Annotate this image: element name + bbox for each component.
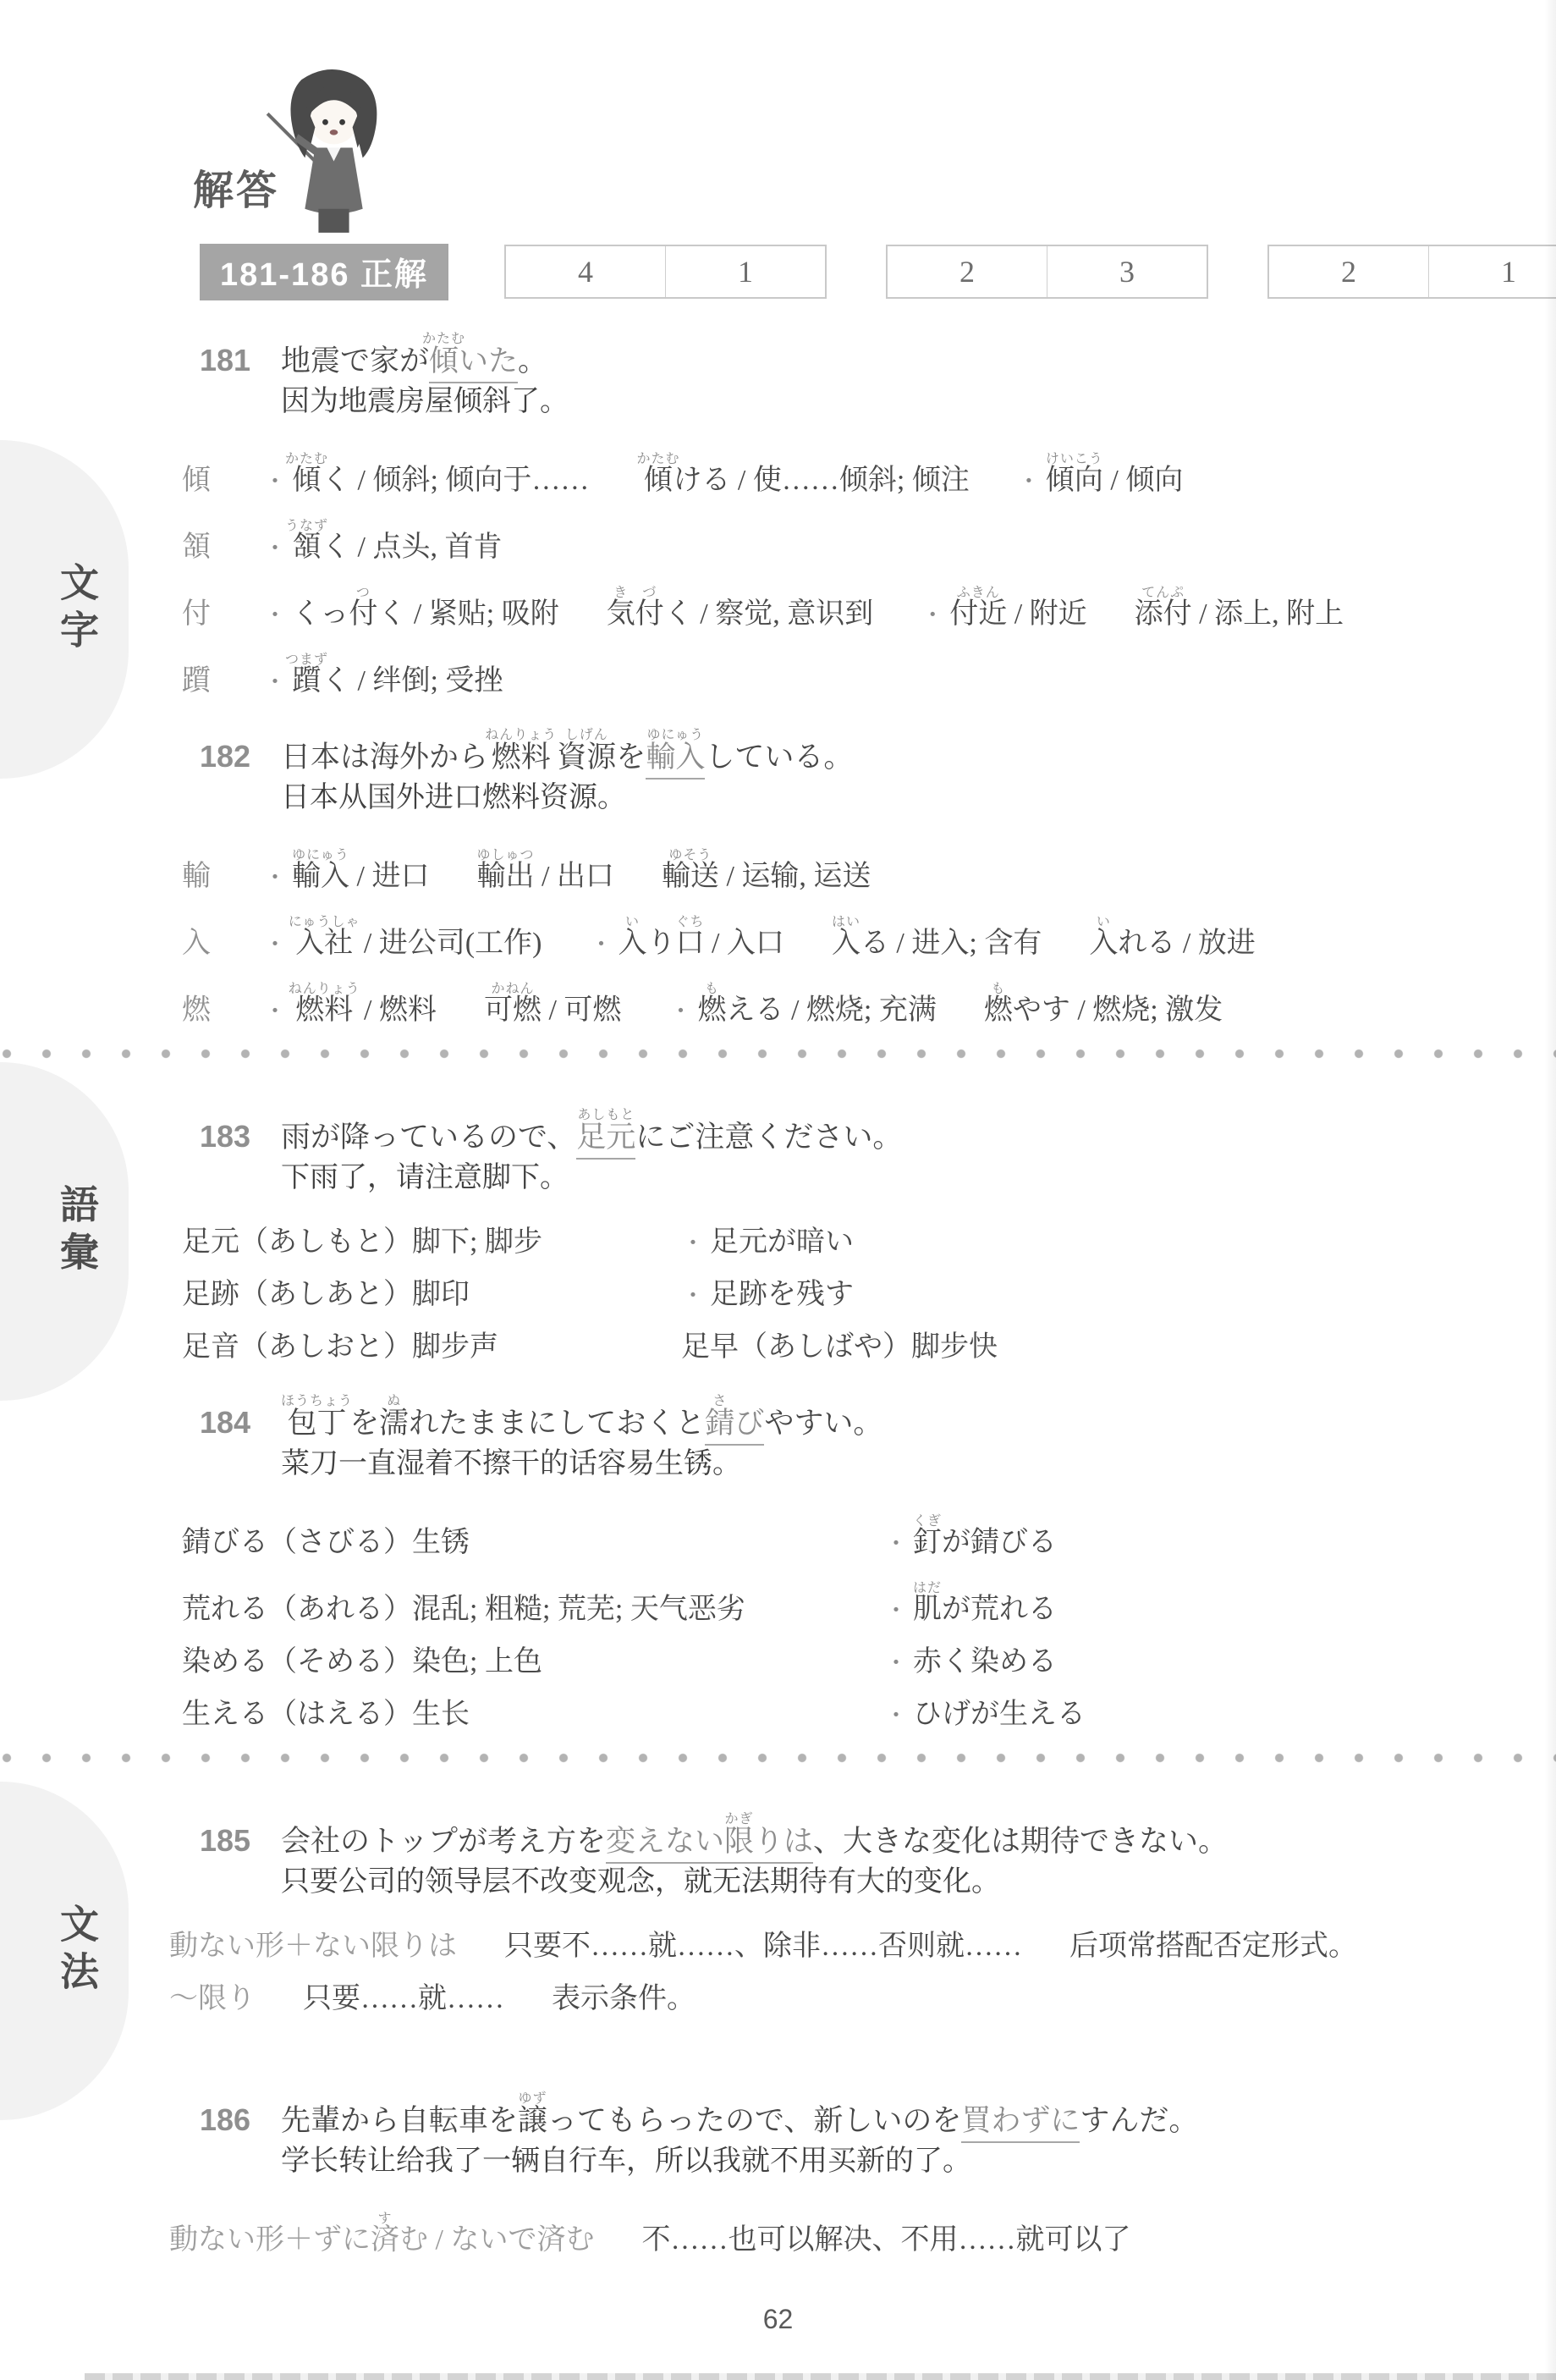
text-run: む / ないで済む [399,2224,594,2256]
text-run: / 出口 [534,861,613,892]
vocab-item: 后项常搭配否定形式。 [1069,1932,1357,1961]
vocab-items: 足音（あしおと）脚步声足早（あしばや）脚步快 [182,1333,1496,1362]
question-186: 186先輩から自転車を譲ゆずってもらったので、新しいのを買わずにすんだ。学长转让… [169,2069,1496,2255]
ruby-text: 肌はだ [913,1594,942,1625]
text-run: 動ない形＋ずに [169,2224,371,2256]
text-run: 后项常搭配否定形式。 [1069,1931,1357,1962]
vocab-row: 足音（あしおと）脚步声足早（あしばや）脚步快 [169,1314,1496,1362]
vocab-items: ・くっ付つく / 紧贴; 吸附気き付づく / 察觉, 意识到・付近ふきん / 附… [263,586,1496,629]
text-run: く / 倾斜; 倾向于…… [322,465,589,496]
bullet-icon: ・ [263,536,287,562]
vocab-items: 染める（そめる）染色; 上色・赤く染める [182,1648,1496,1677]
text-run: ってもらったので、新しいのを [547,2104,961,2137]
ruby-text: 錆さ [705,1407,734,1440]
answer-bar: 181-186 正解 412321 [200,244,1556,300]
kanji-head: 頷 [182,533,263,562]
vocab-item: ・輸入ゆにゅう / 进口 [263,848,429,891]
text-run: 赤く染める [913,1646,1057,1678]
vocab-row: 動ない形＋ない限りは只要不……就……、除非……否则就……后项常搭配否定形式。 [169,1914,1496,1961]
vocab-item: 足音（あしおと）脚步声 [182,1333,681,1362]
bullet-icon: ・ [884,1531,908,1557]
vocab-item: 入いれる / 放进 [1089,915,1255,958]
vocab-item: ・入いり口ぐち / 入口 [589,915,783,958]
vocab-row: 染める（そめる）染色; 上色・赤く染める [169,1629,1496,1677]
answer-group: 23 [886,245,1208,299]
text-run: 。 [518,344,547,377]
vocab-row: 傾・傾かたむく / 倾斜; 倾向于……傾かたむける / 使……倾斜; 倾注・傾向… [169,433,1496,495]
text-run: にご注意ください。 [635,1121,902,1154]
text-run: 足元（あしもと）脚下; 脚步 [182,1226,542,1258]
vocab-items: 足元（あしもと）脚下; 脚步・足元が暗い [182,1228,1496,1257]
ruby-text: 可燃かねん [484,994,542,1026]
page-bottom-edge [85,2373,1556,2380]
textbook-answer-page: 文字 語彙 文法 解答 181-186 正解 412321 181地震で家が傾か [0,0,1556,2380]
ruby-text: 済す [371,2224,399,2256]
text-run: ける / 使……倾斜; 倾注 [673,465,969,496]
vocab-item: ・燃もえる / 燃烧; 充满 [668,982,936,1025]
dotted-divider [0,1751,1556,1765]
vocab-items: ～限り只要……就……表示条件。 [169,1985,1496,2014]
bullet-icon: ・ [263,865,287,891]
text-run: 足跡（あしあと）脚印 [182,1279,470,1310]
text-run: ひげが生える [913,1699,1086,1730]
underlined-answer-word: 輸入ゆにゅう [646,741,705,780]
ruby-text: 躓つまず [292,665,322,697]
text-run: 足早（あしばや）脚步快 [681,1331,998,1363]
ruby-text: 添付てんぷ [1135,598,1192,630]
text-run: く / 点头, 首肯 [322,532,502,563]
ruby-text: 付近ふきん [949,598,1007,630]
text-run: る / 进入; 含有 [860,928,1042,959]
text-run: く / 绊倒; 受挫 [322,665,503,697]
vocab-items: 足跡（あしあと）脚印・足跡を残す [182,1281,1496,1309]
text-run: やすい。 [764,1407,882,1440]
vocab-items: 錆びる（さびる）生锈・釘くぎが錆びる [182,1514,1496,1557]
question-182: 182日本は海外から燃料ねんりょう資源しげんを輸入ゆにゅうしている。日本从国外进… [169,706,1496,1025]
ruby-text: 傾かたむ [292,465,322,496]
text-run: れる / 放进 [1118,928,1255,959]
question-number: 184 [200,1408,281,1438]
vocab-item: ～限り [169,1985,256,2014]
ruby-text: 輸送ゆそう [662,861,719,892]
ruby-text: 頷うなず [292,532,322,563]
question-sentence-line: 185会社のトップが考え方を変えない限かぎりは、大きな変化は期待できない。 [169,1790,1496,1856]
vocab-item: 燃もやす / 燃烧; 激发 [984,982,1223,1025]
sidebar-tab-label: 語彙 [49,1184,105,1279]
text-run: ～限り [169,1983,256,2014]
ruby-text: 入い [618,928,646,959]
kanji-head: 輸 [182,862,263,891]
ruby-text: 輸入ゆにゅう [292,861,349,892]
answer-cell: 4 [506,246,665,297]
question-sentence-line: 186先輩から自転車を譲ゆずってもらったので、新しいのを買わずにすんだ。 [169,2069,1496,2135]
text-run: すんだ。 [1080,2104,1198,2137]
vocab-row: 入・入社にゅうしゃ / 进公司(工作)・入いり口ぐち / 入口入はいる / 进入… [169,896,1496,958]
vocab-item: ・足跡を残す [681,1281,854,1309]
translation-cn: 因为地震房屋倾斜了。 [281,388,1496,416]
kanji-head: 傾 [182,466,263,495]
bullet-icon: ・ [263,669,287,696]
bullet-icon: ・ [884,1703,908,1729]
vocab-item: 入はいる / 进入; 含有 [832,915,1042,958]
text-run: れたままにしておくと [409,1407,705,1440]
ruby-text: 燃料ねんりょう [488,741,557,774]
question-sentence-line: 184包丁ほうちょうを濡ぬれたままにしておくと錆さびやすい。 [169,1372,1496,1438]
text-run: / 可燃 [542,994,621,1026]
vocab-row: 燃・燃料ねんりょう / 燃料可燃かねん / 可燃・燃もえる / 燃烧; 充满燃も… [169,963,1496,1025]
underlined-answer-word: 傾かたむいた [429,344,518,383]
text-run: / 附近 [1007,598,1086,630]
text-run: 雨が降っているので、 [281,1121,576,1154]
ruby-text: 包丁ほうちょう [281,1407,349,1440]
page-number: 62 [0,2304,1556,2335]
teacher-girl-icon [254,63,410,253]
answer-range-badge: 181-186 正解 [200,244,448,300]
text-run: を [349,1407,379,1440]
underlined-answer-word: 買わずに [961,2104,1080,2143]
question-sentence: 雨が降っているので、足元あしもとにご注意ください。 [281,1108,902,1152]
question-sentence-line: 183雨が降っているので、足元あしもとにご注意ください。 [169,1086,1496,1152]
vocab-row: 生える（はえる）生长・ひげが生える [169,1682,1496,1729]
vocab-item: ・傾かたむく / 倾斜; 倾向于…… [263,452,589,495]
vocab-item: ・燃料ねんりょう / 燃料 [263,982,437,1025]
vocab-item: 気き付づく / 察觉, 意识到 [607,586,873,629]
ruby-text: 輸出ゆしゅつ [476,861,534,892]
bullet-icon: ・ [668,999,692,1025]
text-run: 染める（そめる）染色; 上色 [182,1646,542,1678]
ruby-text: 付づ [635,598,664,630]
vocab-item: ・釘くぎが錆びる [884,1514,1057,1557]
translation-cn: 菜刀一直湿着不擦干的话容易生锈。 [281,1450,1496,1479]
ruby-text: 足元あしもと [576,1121,635,1154]
vocab-item: 只要不……就……、除非……否则就…… [504,1932,1022,1961]
page-right-edge [1544,0,1556,2380]
question-sentence: 先輩から自転車を譲ゆずってもらったので、新しいのを買わずにすんだ。 [281,2091,1198,2135]
text-run: りは [754,1825,813,1858]
text-run: / 添上, 附上 [1192,598,1344,630]
text-run: 足音（あしおと）脚步声 [182,1331,498,1363]
vocab-item: 足跡（あしあと）脚印 [182,1281,681,1309]
teacher-illustration [254,63,410,257]
vocab-item: 輸送ゆそう / 运输, 运送 [662,848,871,891]
vocab-item: ・ひげが生える [884,1700,1086,1729]
vocab-item: 不……也可以解决、不用……就可以了 [641,2226,1130,2255]
bullet-icon: ・ [263,603,287,629]
text-run: 変えない [606,1825,724,1858]
answer-cell: 1 [1428,246,1556,297]
question-185: 185会社のトップが考え方を変えない限かぎりは、大きな変化は期待できない。只要公… [169,1790,1496,2014]
vocab-items: 生える（はえる）生长・ひげが生える [182,1700,1496,1729]
vocab-item: 足元（あしもと）脚下; 脚步 [182,1228,681,1257]
sidebar-tab-vocabulary: 語彙 [0,1062,129,1401]
text-run: 表示条件。 [552,1983,696,2014]
text-run: 足跡を残す [710,1279,854,1310]
vocab-item: 動ない形＋ない限りは [169,1932,457,1961]
answer-groups: 412321 [504,245,1556,299]
text-run: 先輩から自転車を [281,2104,518,2137]
sidebar-tab-characters: 文字 [0,440,129,779]
answer-cell: 1 [665,246,825,297]
vocab-item: 可燃かねん / 可燃 [484,982,621,1025]
vocab-item: ・くっ付つく / 紧贴; 吸附 [263,586,559,629]
answer-cell: 2 [1269,246,1428,297]
ruby-text: 入い [1089,928,1118,959]
ruby-text: 入はい [832,928,860,959]
vocab-item: 傾かたむける / 使……倾斜; 倾注 [636,452,969,495]
ruby-text: 燃も [984,994,1013,1026]
text-run: 日本は海外から [281,741,488,774]
question-number: 186 [200,2105,281,2135]
vocab-item: ・肌はだが荒れる [884,1581,1057,1624]
answer-group: 41 [504,245,827,299]
vocab-row: 足元（あしもと）脚下; 脚步・足元が暗い [169,1209,1496,1257]
vocab-item: ・入社にゅうしゃ / 进公司(工作) [263,915,542,958]
vocab-item: 染める（そめる）染色; 上色 [182,1648,884,1677]
question-number: 181 [200,345,281,376]
text-run: / 进公司(工作) [356,928,542,959]
question-181: 181地震で家が傾かたむいた。因为地震房屋倾斜了。傾・傾かたむく / 倾斜; 倾… [169,310,1496,696]
question-sentence: 日本は海外から燃料ねんりょう資源しげんを輸入ゆにゅうしている。 [281,728,853,772]
text-run: 地震で家が [281,344,429,377]
vocab-items: ・頷うなずく / 点头, 首肯 [263,519,1496,562]
answer-cell: 2 [888,246,1047,297]
question-number: 185 [200,1826,281,1856]
bullet-icon: ・ [263,999,287,1025]
kanji-head: 躓 [182,667,263,696]
text-run: える / 燃烧; 充满 [726,994,936,1026]
ruby-text: 輸入ゆにゅう [646,741,705,774]
text-run: / 倾向 [1103,465,1183,496]
question-sentence: 地震で家が傾かたむいた。 [281,332,547,376]
vocab-item: ・足元が暗い [681,1228,854,1257]
ruby-text: 傾かたむ [429,344,459,377]
question-sentence: 会社のトップが考え方を変えない限かぎりは、大きな変化は期待できない。 [281,1812,1228,1856]
kanji-head: 入 [182,929,263,958]
question-number: 183 [200,1121,281,1152]
dotted-divider [0,1047,1556,1061]
bullet-icon: ・ [921,603,944,629]
text-run: いた [459,344,518,377]
bullet-icon: ・ [681,1231,705,1257]
vocab-items: ・燃料ねんりょう / 燃料可燃かねん / 可燃・燃もえる / 燃烧; 充满燃もや… [263,982,1496,1025]
ruby-text: 付つ [349,598,377,630]
ruby-text: 釘くぎ [913,1527,942,1558]
question-184: 184包丁ほうちょうを濡ぬれたままにしておくと錆さびやすい。菜刀一直湿着不擦干的… [169,1372,1496,1729]
vocab-items: 荒れる（あれる）混乱; 粗糙; 荒芜; 天气恶劣・肌はだが荒れる [182,1581,1496,1624]
text-run: が荒れる [942,1594,1057,1625]
ruby-text: 限かぎ [724,1825,754,1858]
question-sentence-line: 181地震で家が傾かたむいた。 [169,310,1496,376]
question-sentence: 包丁ほうちょうを濡ぬれたままにしておくと錆さびやすい。 [281,1394,882,1438]
answer-group: 21 [1267,245,1556,299]
text-run: / 进口 [349,861,429,892]
sidebar-tab-label: 文法 [49,1903,105,1998]
vocab-item: 輸出ゆしゅつ / 出口 [476,848,613,891]
ruby-text: 傾向けいこう [1046,465,1103,496]
translation-cn: 只要公司的领导层不改变观念，就无法期待有大的变化。 [281,1868,1496,1897]
text-run: 錆びる（さびる）生锈 [182,1527,470,1558]
text-run: り [646,928,675,959]
answer-explanations: 181地震で家が傾かたむいた。因为地震房屋倾斜了。傾・傾かたむく / 倾斜; 倾… [169,310,1496,2265]
vocab-row: 付・くっ付つく / 紧贴; 吸附気き付づく / 察觉, 意识到・付近ふきん / … [169,567,1496,629]
vocab-item: ・赤く染める [884,1648,1057,1677]
text-run: く / 察觉, 意识到 [664,598,873,630]
vocab-items: ・輸入ゆにゅう / 进口輸出ゆしゅつ / 出口輸送ゆそう / 运输, 运送 [263,848,1496,891]
text-run: 不……也可以解决、不用……就可以了 [641,2224,1130,2256]
text-run: やす / 燃烧; 激发 [1013,994,1223,1026]
vocab-row: 動ない形＋ずに済すむ / ないで済む不……也可以解决、不用……就可以了 [169,2193,1496,2255]
vocab-row: 足跡（あしあと）脚印・足跡を残す [169,1262,1496,1309]
text-run: 、大きな変化は期待できない。 [813,1825,1228,1858]
vocab-item: 生える（はえる）生长 [182,1700,884,1729]
vocab-items: ・傾かたむく / 倾斜; 倾向于……傾かたむける / 使……倾斜; 倾注・傾向け… [263,452,1496,495]
translation-cn: 日本从国外进口燃料资源。 [281,784,1496,813]
ruby-text: 濡ぬ [379,1407,409,1440]
vocab-row: 錆びる（さびる）生锈・釘くぎが錆びる [169,1496,1496,1557]
bullet-icon: ・ [263,932,287,958]
bullet-icon: ・ [1017,469,1041,495]
vocab-item: 表示条件。 [552,1985,696,2014]
vocab-item: ・頷うなずく / 点头, 首肯 [263,519,502,562]
text-run: を [616,741,646,774]
kanji-head: 燃 [182,996,263,1025]
vocab-item: ・傾向けいこう / 倾向 [1017,452,1183,495]
bullet-icon: ・ [681,1283,705,1309]
text-run: している。 [705,741,853,774]
vocab-row: ～限り只要……就……表示条件。 [169,1966,1496,2014]
vocab-items: ・躓つまずく / 绊倒; 受挫 [263,653,1496,696]
vocab-item: 動ない形＋ずに済すむ / ないで済む [169,2212,594,2255]
ruby-text: 譲ゆず [518,2104,547,2137]
vocab-items: 動ない形＋ない限りは只要不……就……、除非……否则就……后项常搭配否定形式。 [169,1932,1496,1961]
text-run: が錆びる [942,1527,1057,1558]
translation-cn: 学长转让给我了一辆自行车，所以我就不用买新的了。 [281,2147,1496,2176]
ruby-text: 資源しげん [557,741,616,774]
vocab-row: 輸・輸入ゆにゅう / 进口輸出ゆしゅつ / 出口輸送ゆそう / 运输, 运送 [169,829,1496,891]
ruby-text: 気き [607,598,635,630]
text-run: 荒れる（あれる）混乱; 粗糙; 荒芜; 天气恶劣 [182,1594,745,1625]
text-run: 動ない形＋ない限りは [169,1931,457,1962]
text-run: 只要……就…… [303,1983,504,2014]
vocab-item: 荒れる（あれる）混乱; 粗糙; 荒芜; 天气恶劣 [182,1595,884,1624]
bullet-icon: ・ [884,1650,908,1677]
underlined-answer-word: 変えない限かぎりは [606,1825,813,1864]
underlined-answer-word: 足元あしもと [576,1121,635,1160]
ruby-text: 傾かたむ [636,465,673,496]
ruby-text: 燃も [697,994,726,1026]
kanji-head: 付 [182,600,263,629]
text-run: 生える（はえる）生长 [182,1699,470,1730]
vocab-item: 足早（あしばや）脚步快 [681,1333,998,1362]
text-run: 足元が暗い [710,1226,854,1258]
text-run: 会社のトップが考え方を [281,1825,606,1858]
vocab-item: 只要……就…… [303,1985,504,2014]
text-run: 買わずに [961,2104,1080,2137]
text-run: / 入口 [704,928,783,959]
text-run: / 燃料 [357,994,437,1026]
ruby-text: 入社にゅうしゃ [292,928,356,959]
vocab-item: 錆びる（さびる）生锈 [182,1529,884,1557]
vocab-row: 頷・頷うなずく / 点头, 首肯 [169,500,1496,562]
bullet-icon: ・ [884,1598,908,1624]
vocab-items: 動ない形＋ずに済すむ / ないで済む不……也可以解决、不用……就可以了 [169,2212,1496,2255]
sidebar-tab-label: 文字 [49,562,105,657]
sidebar-tab-grammar: 文法 [0,1782,129,2120]
text-run: く / 紧贴; 吸附 [377,598,558,630]
translation-cn: 下雨了，请注意脚下。 [281,1164,1496,1193]
text-run: 只要不……就……、除非……否则就…… [504,1931,1022,1962]
vocab-item: ・付近ふきん / 附近 [921,586,1086,629]
vocab-items: ・入社にゅうしゃ / 进公司(工作)・入いり口ぐち / 入口入はいる / 进入;… [263,915,1496,958]
text-run: くっ [292,598,349,630]
question-number: 182 [200,741,281,772]
bullet-icon: ・ [589,932,613,958]
vocab-row: 荒れる（あれる）混乱; 粗糙; 荒芜; 天气恶劣・肌はだが荒れる [169,1562,1496,1624]
underlined-answer-word: 錆さび [705,1407,764,1446]
question-183: 183雨が降っているので、足元あしもとにご注意ください。下雨了，请注意脚下。足元… [169,1086,1496,1362]
question-sentence-line: 182日本は海外から燃料ねんりょう資源しげんを輸入ゆにゅうしている。 [169,706,1496,772]
answer-cell: 3 [1047,246,1207,297]
vocab-item: 添付てんぷ / 添上, 附上 [1135,586,1344,629]
ruby-text: 燃料ねんりょう [292,994,357,1026]
text-run: び [734,1407,764,1440]
vocab-item: ・躓つまずく / 绊倒; 受挫 [263,653,503,696]
ruby-text: 口ぐち [675,928,704,959]
bullet-icon: ・ [263,469,287,495]
text-run: / 运输, 运送 [719,861,871,892]
vocab-row: 躓・躓つまずく / 绊倒; 受挫 [169,634,1496,696]
